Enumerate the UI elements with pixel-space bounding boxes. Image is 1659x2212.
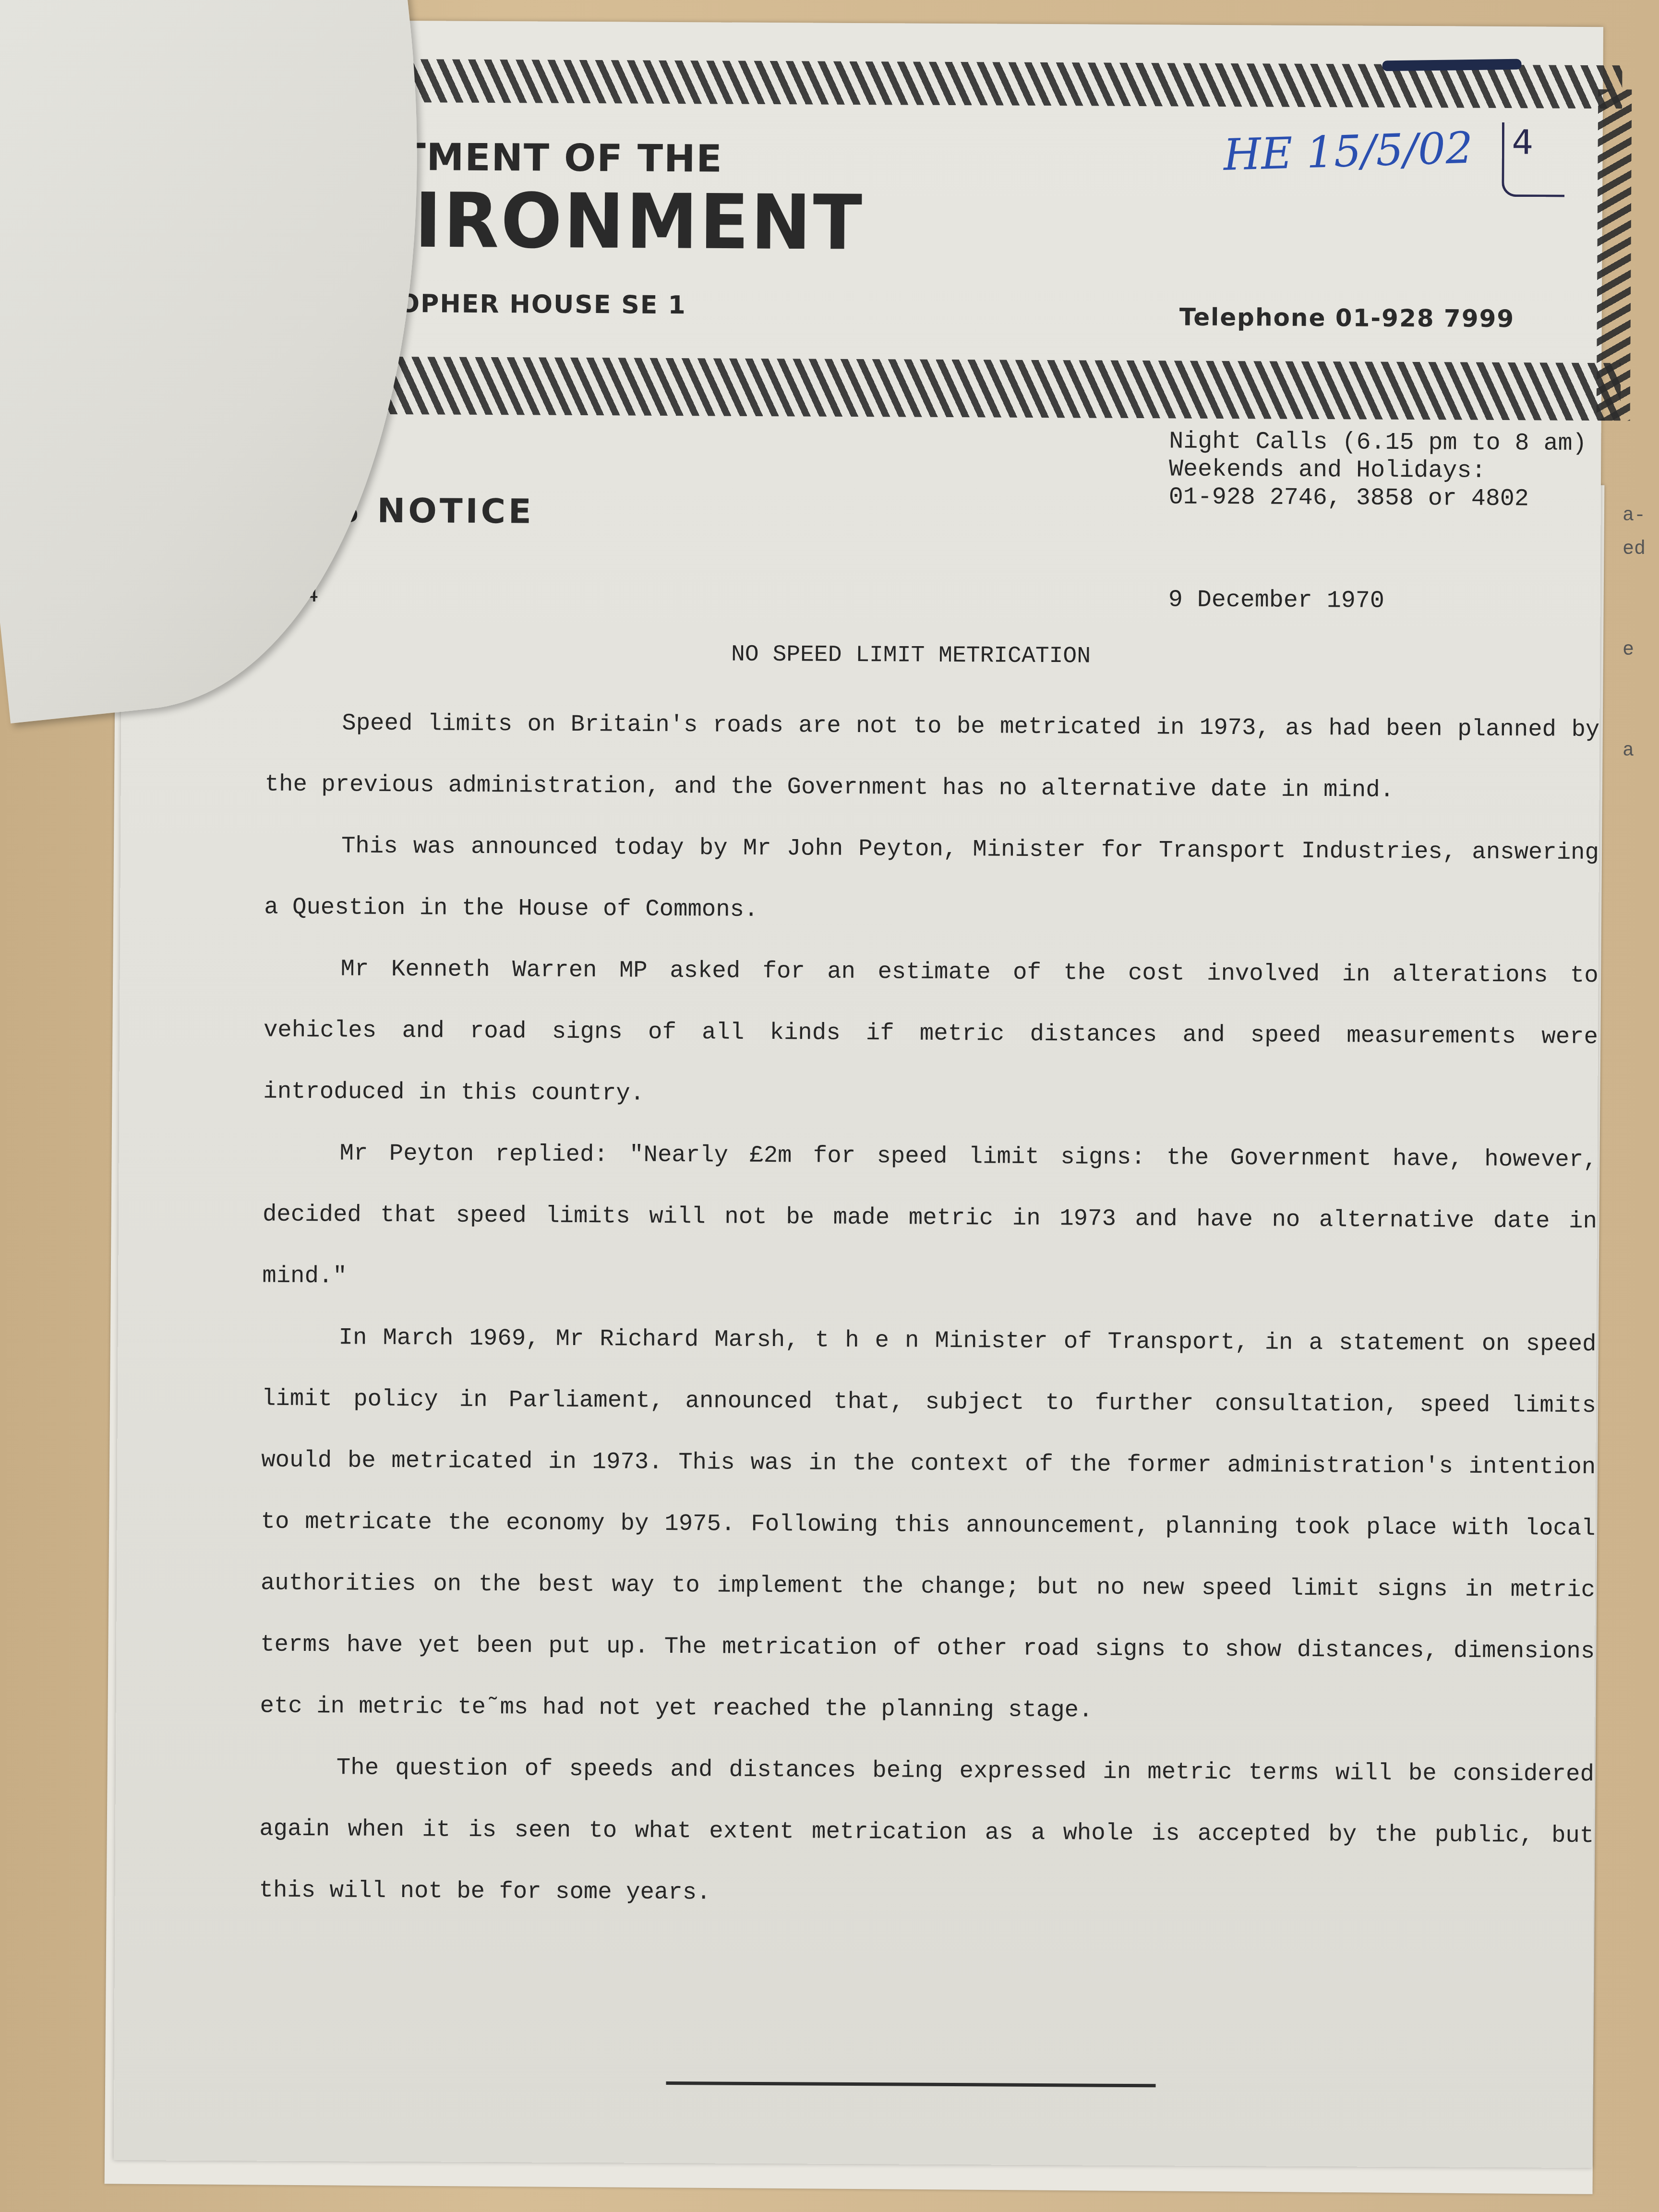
- margin-text-fragments: a- ed e a: [1623, 499, 1646, 768]
- contact-numbers: 01-928 2746, 3858 or 4802: [1169, 483, 1529, 513]
- paragraph: This was announced today by Mr John Peyt…: [264, 815, 1599, 945]
- telephone: Telephone 01-928 7999: [1179, 303, 1515, 333]
- notice-date: 9 December 1970: [1168, 586, 1384, 614]
- folio-number: 4: [1502, 122, 1565, 197]
- contact-block: Night Calls (6.15 pm to 8 am) Weekends a…: [1169, 428, 1587, 514]
- paragraph: Mr Kenneth Warren MP asked for an estima…: [263, 938, 1599, 1130]
- paragraph: Mr Peyton replied: "Nearly £2m for speed…: [262, 1122, 1598, 1314]
- notice-title: NO SPEED LIMIT METRICATION: [731, 642, 1091, 670]
- crossed-out-mark: [1382, 59, 1521, 72]
- night-calls: Night Calls (6.15 pm to 8 am): [1169, 428, 1587, 457]
- paragraph: The question of speeds and distances bei…: [259, 1737, 1594, 1928]
- paragraph: In March 1969, Mr Richard Marsh, t h e n…: [260, 1307, 1597, 1744]
- notice-body: Speed limits on Britain's roads are not …: [259, 692, 1599, 1928]
- letterhead-hatch-bottom: [200, 356, 1621, 421]
- weekends-label: Weekends and Holidays:: [1169, 456, 1486, 484]
- end-rule: [666, 2081, 1155, 2087]
- paragraph: Speed limits on Britain's roads are not …: [264, 692, 1599, 822]
- handwritten-note: HE 15/5/02: [1223, 123, 1474, 180]
